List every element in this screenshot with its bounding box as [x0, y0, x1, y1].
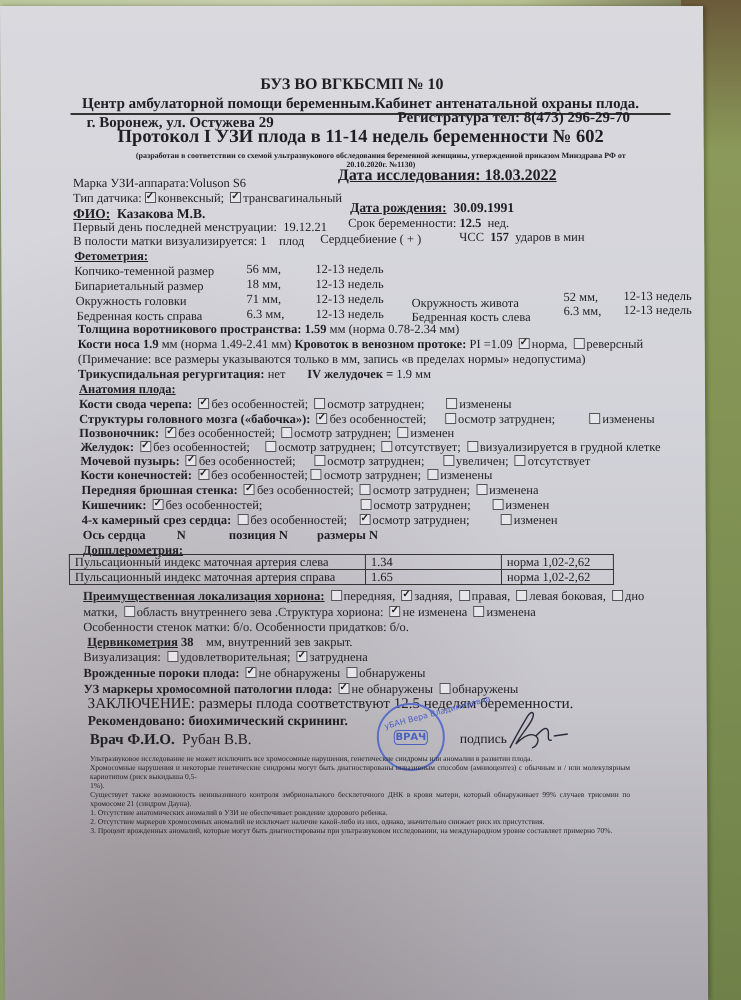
- heartbeat: Сердцебиение ( + ): [320, 232, 421, 246]
- option-checkbox[interactable]: [360, 484, 371, 495]
- probe-type-label: Тип датчика:: [73, 191, 142, 205]
- option-label: без особенностей;: [257, 483, 354, 497]
- term-unit: нед.: [488, 216, 510, 230]
- heart-rate: ЧСС 157 ударов в мин: [459, 230, 584, 244]
- option-label: изменен: [514, 513, 558, 527]
- option-checkbox[interactable]: [346, 667, 357, 678]
- option-checkbox[interactable]: [501, 514, 512, 525]
- recommendation: Рекомендовано: биохимический скрининг.: [88, 714, 348, 728]
- anatomy-row-skull: Кости свода черепа: без особенностей; ос…: [79, 397, 511, 411]
- option-checkbox[interactable]: [476, 484, 487, 495]
- fetometry-label: Окружность головки: [76, 294, 187, 308]
- cervix-label: Цервикометрия: [87, 635, 178, 649]
- option-label: без особенностей;: [211, 397, 308, 411]
- option-checkbox[interactable]: [198, 398, 209, 409]
- nt-label: Толщина воротникового пространства:: [78, 322, 302, 336]
- option-checkbox[interactable]: [167, 651, 178, 662]
- fetometry-value: 56 мм,: [246, 262, 281, 276]
- anatomy-label: Передняя брюшная стенка:: [81, 483, 237, 497]
- option-checkbox[interactable]: [390, 606, 401, 617]
- anatomy-row-heart: 4-х камерный срез сердца: без особенност…: [82, 513, 558, 527]
- option-checkbox[interactable]: [459, 590, 470, 601]
- ductus-normal-label: норма,: [532, 337, 568, 351]
- anatomy-label: Позвоночник:: [79, 426, 159, 440]
- anatomy-label: Кишечник:: [82, 498, 147, 512]
- stamp-label: ВРАЧ: [394, 730, 428, 745]
- option-checkbox[interactable]: [314, 455, 325, 466]
- fetometry-value: 6.3 мм,: [564, 304, 602, 318]
- tricuspid-value: нет: [268, 367, 286, 381]
- option-checkbox[interactable]: [265, 441, 276, 452]
- fetometry-label: Окружность живота: [412, 296, 519, 310]
- doppler-value: 1.65: [365, 570, 501, 585]
- chromosomal-markers: УЗ маркеры хромосомной патологии плода: …: [84, 682, 519, 696]
- patient-name: ФИО: Казакова М.В.: [73, 207, 205, 221]
- doppler-name: Пульсационный индекс маточная артерия сл…: [69, 555, 365, 570]
- fetometry-weeks: 12-13 недель: [623, 289, 691, 303]
- ductus-label: Кровоток в венозном протоке:: [294, 337, 466, 351]
- anatomy-row-limbs: Кости конечностей: без особенностей;осмо…: [80, 468, 492, 482]
- probe-convex-label: конвексный;: [158, 191, 224, 205]
- tricuspid-label: Трикуспидальная регургитация:: [78, 367, 265, 381]
- term-label: Срок беременности:: [348, 216, 456, 230]
- probe-convex-checkbox[interactable]: [145, 192, 156, 203]
- option-label: без особенностей;: [211, 468, 308, 482]
- option-label: осмотр затруднен;: [324, 468, 421, 482]
- measurement-note: (Примечание: все размеры указываются тол…: [78, 352, 586, 366]
- option-label: затруднена: [310, 650, 368, 664]
- ductus-reverse-label: реверсный: [586, 337, 643, 351]
- option-label: без особенностей;: [199, 454, 296, 468]
- footer-line: Ультразвуковое исследование не может иск…: [90, 754, 630, 763]
- subtitle-line-1: (разработан в соответствии со схемой уль…: [81, 151, 681, 160]
- nasal-label: Кости носа: [78, 337, 140, 351]
- footer-line: 2. Отсутствие маркеров хромосомных анома…: [90, 817, 630, 826]
- chorion-loc-cont: матки,: [83, 605, 117, 619]
- congenital-defects: Врожденные пороки плода: не обнаружены о…: [83, 666, 425, 680]
- doppler-norm: норма 1,02-2,62: [501, 555, 613, 570]
- table-row: Пульсационный индекс маточная артерия сп…: [69, 570, 613, 585]
- cervix-rest: мм, внутренний зев закрыт.: [206, 635, 353, 649]
- anatomy-row-bladder: Мочевой пузырь: без особенностей; осмотр…: [80, 454, 590, 468]
- option-checkbox[interactable]: [427, 469, 438, 480]
- conclusion: ЗАКЛЮЧЕНИЕ: размеры плода соответствуют …: [88, 696, 574, 713]
- anatomy-label: 4-х камерный срез сердца:: [82, 513, 232, 527]
- option-checkbox[interactable]: [445, 413, 456, 424]
- option-label: визуализируется в грудной клетке: [480, 440, 661, 454]
- option-label: изменен: [505, 498, 549, 512]
- option-checkbox[interactable]: [516, 590, 527, 601]
- nt-norm: мм (норма 0.78-2.34 мм): [330, 322, 460, 336]
- option-checkbox[interactable]: [165, 427, 176, 438]
- option-checkbox[interactable]: [198, 469, 209, 480]
- option-label: без особенностей;: [153, 440, 250, 454]
- hr-unit: ударов в мин: [515, 230, 584, 244]
- signature-label: подпись: [460, 732, 507, 746]
- option-checkbox[interactable]: [244, 484, 255, 495]
- fio-label: ФИО:: [73, 206, 110, 221]
- anatomy-row-stomach: Желудок: без особенностей; осмотр затруд…: [80, 440, 660, 454]
- markers-label: УЗ маркеры хромосомной патологии плода:: [84, 682, 333, 696]
- option-label: передняя,: [344, 589, 396, 603]
- hr-value: 157: [490, 230, 509, 244]
- gestational-age: Срок беременности: 12.5 нед.: [348, 216, 509, 230]
- chorion-loc-label: Преимущественная локализация хориона:: [83, 589, 325, 603]
- option-checkbox[interactable]: [297, 651, 308, 662]
- fetometry-label: Бипариетальный размер: [74, 279, 203, 293]
- heart-axis-value: N: [177, 528, 186, 542]
- ductus-normal-checkbox[interactable]: [519, 338, 530, 349]
- option-label: осмотр затруднен;: [372, 513, 469, 527]
- fetus-count: В полости матки визуализируется: 1 плод: [73, 234, 304, 248]
- visualization: Визуализация: удовлетворительная; затруд…: [83, 650, 367, 664]
- option-label: изменена: [486, 605, 535, 619]
- option-checkbox[interactable]: [140, 441, 151, 452]
- doppler-table: Пульсационный индекс маточная артерия сл…: [69, 554, 614, 585]
- nt-value: 1.59: [305, 322, 327, 336]
- fetometry-value: 71 мм,: [246, 292, 281, 306]
- anatomy-label: Мочевой пузырь:: [80, 454, 179, 468]
- option-checkbox[interactable]: [397, 427, 408, 438]
- fetometry-weeks: 12-13 недель: [315, 262, 383, 276]
- table-row: Пульсационный индекс маточная артерия сл…: [69, 555, 613, 570]
- anatomy-title: Анатомия плода:: [79, 382, 176, 396]
- anatomy-label: Структуры головного мозга («бабочка»):: [79, 412, 310, 426]
- heart-position-label: позиция: [229, 528, 276, 542]
- option-label: осмотр затруднен;: [373, 483, 470, 497]
- anatomy-row-spine: Позвоночник: без особенностей; осмотр за…: [79, 426, 454, 440]
- option-checkbox[interactable]: [314, 398, 325, 409]
- fetometry-label: Копчико-теменной размер: [74, 264, 214, 278]
- option-checkbox[interactable]: [311, 469, 322, 480]
- nasal-bone-and-ductus: Кости носа 1.9 мм (норма 1.49-2.41 мм) К…: [78, 337, 643, 351]
- center-name: Центр амбулаторной помощи беременным.Каб…: [0, 97, 720, 111]
- doctor: Врач Ф.И.О. Рубан В.В.: [90, 732, 252, 749]
- option-label: изменены: [440, 468, 492, 482]
- option-checkbox[interactable]: [589, 413, 600, 424]
- nasal-value: 1.9: [143, 337, 159, 351]
- option-label: без особенностей;: [178, 426, 275, 440]
- option-label: обнаружены: [359, 666, 425, 680]
- option-label: без особенностей;: [166, 498, 263, 512]
- option-checkbox[interactable]: [446, 398, 457, 409]
- option-label: левая боковая,: [529, 589, 605, 603]
- lmp-label: Первый день последней менструации:: [73, 220, 277, 234]
- anatomy-label: Кости конечностей:: [80, 468, 192, 482]
- exam-date: Дата исследования: 18.03.2022: [338, 169, 557, 183]
- anatomy-row-brain: Структуры головного мозга («бабочка»): б…: [79, 412, 655, 426]
- option-label: осмотр затруднен;: [278, 440, 375, 454]
- option-checkbox[interactable]: [515, 455, 526, 466]
- option-label: не изменена: [403, 605, 468, 619]
- document-page: БУЗ ВО ВГКБСМП № 10 Центр амбулаторной п…: [0, 6, 708, 1000]
- heart-axis-row: Ось сердца N позиция N размеры N: [83, 528, 378, 542]
- v4-label: IV желудочек =: [307, 367, 393, 381]
- heart-size-label: размеры: [317, 528, 366, 542]
- last-menstruation: Первый день последней менструации: 19.12…: [73, 220, 327, 234]
- uterus-label: В полости матки визуализируется:: [73, 234, 257, 248]
- option-checkbox[interactable]: [281, 427, 292, 438]
- uterus-count: 1: [260, 234, 266, 248]
- device-model: Марка УЗИ-аппарата:Voluson S6: [73, 176, 246, 190]
- probe-transvaginal-label: трансвагинальный: [243, 191, 342, 205]
- doppler-name: Пульсационный индекс маточная артерия сп…: [69, 570, 365, 585]
- dob-value: 30.09.1991: [453, 200, 514, 215]
- option-label: дно: [625, 589, 644, 603]
- fetometry-weeks: 12-13 недель: [624, 303, 692, 317]
- doppler-norm: норма 1,02-2,62: [501, 570, 613, 585]
- option-label: удовлетворительная;: [180, 650, 291, 664]
- option-label: не обнаружены: [259, 666, 341, 680]
- fetometry-value: 6.3 мм,: [247, 307, 285, 321]
- option-label: осмотр затруднен;: [458, 412, 555, 426]
- ductus-reverse-checkbox[interactable]: [573, 338, 584, 349]
- doppler-value: 1.34: [365, 555, 501, 570]
- footer-line: 1%).: [90, 781, 630, 790]
- fetometry-value: 18 мм,: [246, 277, 281, 291]
- dob-label: Дата рождения:: [350, 200, 447, 215]
- option-checkbox[interactable]: [246, 667, 257, 678]
- probe-type: Тип датчика:конвексный; трансвагинальный: [73, 191, 342, 205]
- nasal-norm: мм (норма 1.49-2.41 мм): [162, 337, 292, 351]
- footer-line: Существует также возможность неинвазивно…: [90, 790, 630, 808]
- fetometry-value: 52 мм,: [563, 290, 598, 304]
- protocol-title: Протокол I УЗИ плода в 11-14 недель бере…: [1, 130, 721, 144]
- option-label: увеличен;: [456, 454, 509, 468]
- org-name: БУЗ ВО ВГКБСМП № 10: [0, 78, 703, 92]
- doctor-name: Рубан В.В.: [182, 732, 251, 748]
- doctor-label: Врач Ф.И.О.: [90, 732, 175, 748]
- heart-position-value: N: [279, 528, 288, 542]
- option-label: правая,: [472, 589, 511, 603]
- option-checkbox[interactable]: [186, 455, 197, 466]
- option-checkbox[interactable]: [338, 683, 349, 694]
- option-checkbox[interactable]: [317, 413, 328, 424]
- option-label: осмотр затруднен;: [327, 454, 424, 468]
- fetometry-title: Фетометрия:: [74, 249, 148, 263]
- option-checkbox[interactable]: [612, 590, 623, 601]
- option-checkbox[interactable]: [382, 441, 393, 452]
- footer-disclaimer: Ультразвуковое исследование не может иск…: [90, 754, 630, 835]
- cervix-value: 38: [181, 635, 194, 649]
- option-label: осмотр затруднен;: [294, 426, 391, 440]
- option-checkbox[interactable]: [359, 514, 370, 525]
- option-label: изменены: [459, 397, 511, 411]
- option-label: изменены: [602, 412, 654, 426]
- option-checkbox[interactable]: [331, 590, 342, 601]
- heart-axis-label: Ось сердца: [83, 528, 146, 542]
- option-label: осмотр затруднен;: [373, 498, 470, 512]
- anatomy-row-bowel: Кишечник: без особенностей; осмотр затру…: [82, 498, 550, 512]
- defects-label: Врожденные пороки плода:: [83, 666, 239, 680]
- cervicometry: Цервикометрия 38 мм, внутренний зев закр…: [87, 635, 352, 649]
- option-label: отсутствует;: [395, 440, 461, 454]
- probe-transvaginal-checkbox[interactable]: [230, 192, 241, 203]
- chorion-structure: матки, область внутреннего зева .Структу…: [83, 605, 536, 619]
- fetometry-weeks: 12-13 недель: [315, 277, 383, 291]
- internal-os-checkbox[interactable]: [124, 606, 135, 617]
- option-checkbox[interactable]: [443, 455, 454, 466]
- heart-size-value: N: [369, 528, 378, 542]
- conclusion-label: ЗАКЛЮЧЕНИЕ: [88, 696, 191, 712]
- v4-value: 1.9 мм: [396, 367, 431, 381]
- option-checkbox[interactable]: [492, 499, 503, 510]
- footer-line: Хромосомные нарушения и некоторые генети…: [90, 763, 630, 781]
- option-checkbox[interactable]: [467, 441, 478, 452]
- uterus-walls: Особенности стенок матки: б/о. Особеннос…: [83, 620, 409, 634]
- option-label: осмотр затруднен;: [327, 397, 424, 411]
- uterus-unit: плод: [279, 234, 304, 248]
- fetometry-weeks: 12-13 недель: [315, 292, 383, 306]
- option-checkbox[interactable]: [439, 683, 450, 694]
- option-label: изменен: [410, 426, 454, 440]
- option-checkbox[interactable]: [473, 606, 484, 617]
- anatomy-label: Кости свода черепа:: [79, 397, 192, 411]
- anatomy-label: Желудок:: [80, 440, 134, 454]
- option-checkbox[interactable]: [360, 499, 371, 510]
- date-of-birth: Дата рождения: 30.09.1991: [350, 201, 514, 215]
- hr-label: ЧСС: [459, 230, 484, 244]
- internal-os-label: область внутреннего зева .Структура хори…: [137, 605, 384, 619]
- registry-phone: Регистратура тел: 8(473) 296-29-70: [398, 111, 630, 125]
- footer-line: 3. Процент врожденных аномалий, которые …: [90, 826, 630, 835]
- vis-label: Визуализация:: [83, 650, 161, 664]
- option-label: без особенностей;: [330, 412, 427, 426]
- option-label: задняя,: [414, 589, 452, 603]
- option-label: не обнаружены: [351, 682, 433, 696]
- tricuspid-and-v4: Трикуспидальная регургитация: нет IV жел…: [78, 367, 431, 381]
- ductus-pi: PI =1.09: [469, 337, 512, 351]
- option-label: без особенностей;: [250, 513, 347, 527]
- nuchal-translucency: Толщина воротникового пространства: 1.59…: [78, 322, 460, 336]
- fetometry-label: Бедренная кость справа: [77, 309, 203, 323]
- term-value: 12.5: [459, 216, 481, 230]
- option-checkbox[interactable]: [401, 590, 412, 601]
- signature-icon: [502, 706, 572, 756]
- fetometry-weeks: 12-13 недель: [316, 307, 384, 321]
- fio-value: Казакова М.В.: [117, 206, 206, 221]
- option-checkbox[interactable]: [237, 514, 248, 525]
- option-label: отсутствует: [528, 454, 591, 468]
- option-label: изменена: [489, 483, 538, 497]
- chorion-location: Преимущественная локализация хориона: пе…: [83, 589, 644, 603]
- footer-line: 1. Отсутствие анатомических аномалий в У…: [90, 808, 630, 817]
- option-checkbox[interactable]: [153, 499, 164, 510]
- anatomy-row-abdominal-wall: Передняя брюшная стенка: без особенносте…: [81, 483, 538, 497]
